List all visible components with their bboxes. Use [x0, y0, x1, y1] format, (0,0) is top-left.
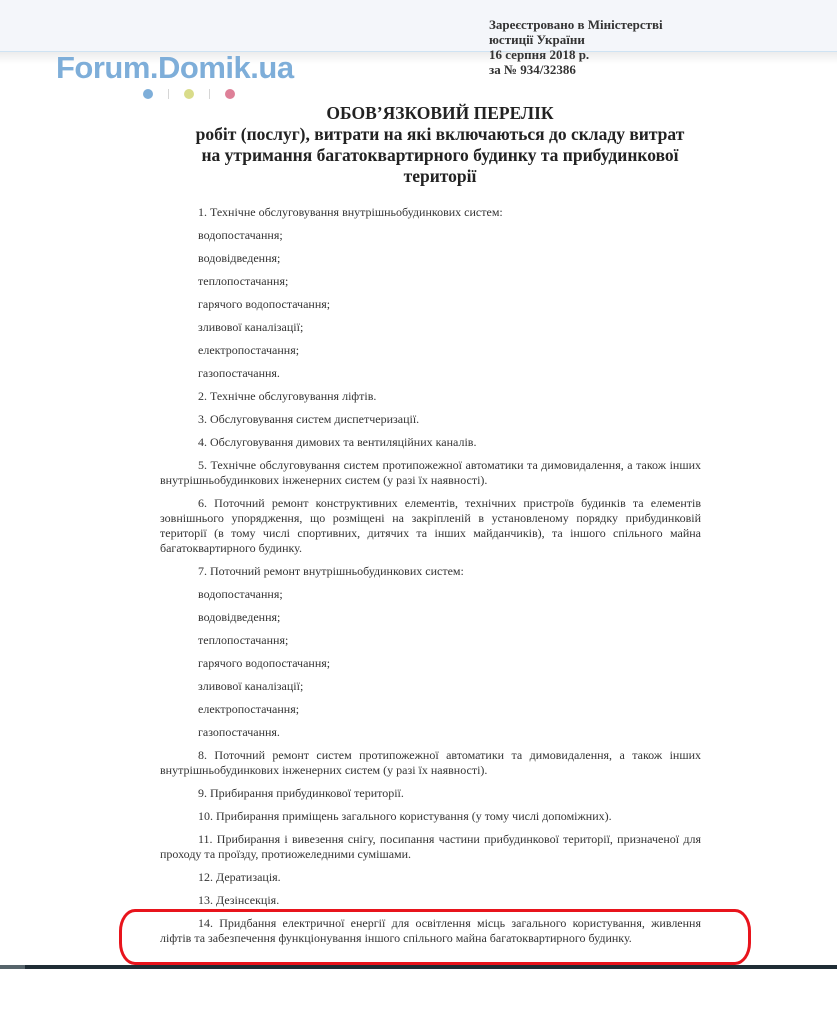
numbered-paragraph: 10. Прибирання приміщень загального кори… — [198, 809, 701, 824]
list-item: зливової каналізації; — [198, 320, 701, 335]
dot-separator — [209, 89, 210, 99]
list-item: водопостачання; — [198, 587, 701, 602]
numbered-paragraph: 1. Технічне обслуговування внутрішньобуд… — [198, 205, 701, 220]
logo-dots — [143, 88, 235, 100]
numbered-paragraph: 11. Прибирання і вивезення снігу, посипа… — [160, 832, 701, 862]
subtitle-line: території — [180, 166, 700, 187]
numbered-paragraph: 7. Поточний ремонт внутрішньобудинкових … — [198, 564, 701, 579]
document-body: 1. Технічне обслуговування внутрішньобуд… — [198, 205, 701, 954]
document-title: ОБОВ’ЯЗКОВИЙ ПЕРЕЛІК робіт (послуг), вит… — [180, 103, 700, 187]
registration-date: 16 серпня 2018 р. — [489, 47, 663, 62]
list-item: зливової каналізації; — [198, 679, 701, 694]
list-item: водовідведення; — [198, 610, 701, 625]
site-header-band — [0, 0, 837, 52]
registration-line: Зареєстровано в Міністерстві — [489, 17, 663, 32]
pink-dot-icon — [225, 89, 235, 99]
registration-number: за № 934/32386 — [489, 62, 663, 77]
numbered-paragraph: 6. Поточний ремонт конструктивних елемен… — [160, 496, 701, 556]
numbered-paragraph: 3. Обслуговування систем диспетчеризації… — [198, 412, 701, 427]
title-line: ОБОВ’ЯЗКОВИЙ ПЕРЕЛІК — [180, 103, 700, 124]
blue-dot-icon — [143, 89, 153, 99]
list-item: електропостачання; — [198, 343, 701, 358]
list-item: водопостачання; — [198, 228, 701, 243]
horizontal-scrollbar[interactable] — [0, 965, 837, 969]
numbered-paragraph: 13. Дезінсекція. — [198, 893, 701, 908]
list-item: гарячого водопостачання; — [198, 297, 701, 312]
yellow-dot-icon — [184, 89, 194, 99]
list-item: гарячого водопостачання; — [198, 656, 701, 671]
registration-line: юстиції України — [489, 32, 663, 47]
numbered-paragraph: 9. Прибирання прибудинкової території. — [198, 786, 701, 801]
list-item: електропостачання; — [198, 702, 701, 717]
numbered-paragraph: 12. Дератизація. — [198, 870, 701, 885]
subtitle-line: на утримання багатоквартирного будинку т… — [180, 145, 700, 166]
list-item: газопостачання. — [198, 725, 701, 740]
registration-stamp: Зареєстровано в Міністерстві юстиції Укр… — [489, 17, 663, 77]
forum-logo[interactable]: Forum.Domik.ua — [56, 50, 294, 86]
list-item: теплопостачання; — [198, 633, 701, 648]
list-item: газопостачання. — [198, 366, 701, 381]
list-item: теплопостачання; — [198, 274, 701, 289]
numbered-paragraph: 2. Технічне обслуговування ліфтів. — [198, 389, 701, 404]
numbered-paragraph: 5. Технічне обслуговування систем протип… — [160, 458, 701, 488]
numbered-paragraph: 4. Обслуговування димових та вентиляційн… — [198, 435, 701, 450]
dot-separator — [168, 89, 169, 99]
subtitle-line: робіт (послуг), витрати на які включають… — [180, 124, 700, 145]
highlighted-paragraph: 14. Придбання електричної енергії для ос… — [160, 916, 701, 946]
numbered-paragraph: 8. Поточний ремонт систем протипожежної … — [160, 748, 701, 778]
list-item: водовідведення; — [198, 251, 701, 266]
scrollbar-thumb[interactable] — [0, 965, 25, 969]
